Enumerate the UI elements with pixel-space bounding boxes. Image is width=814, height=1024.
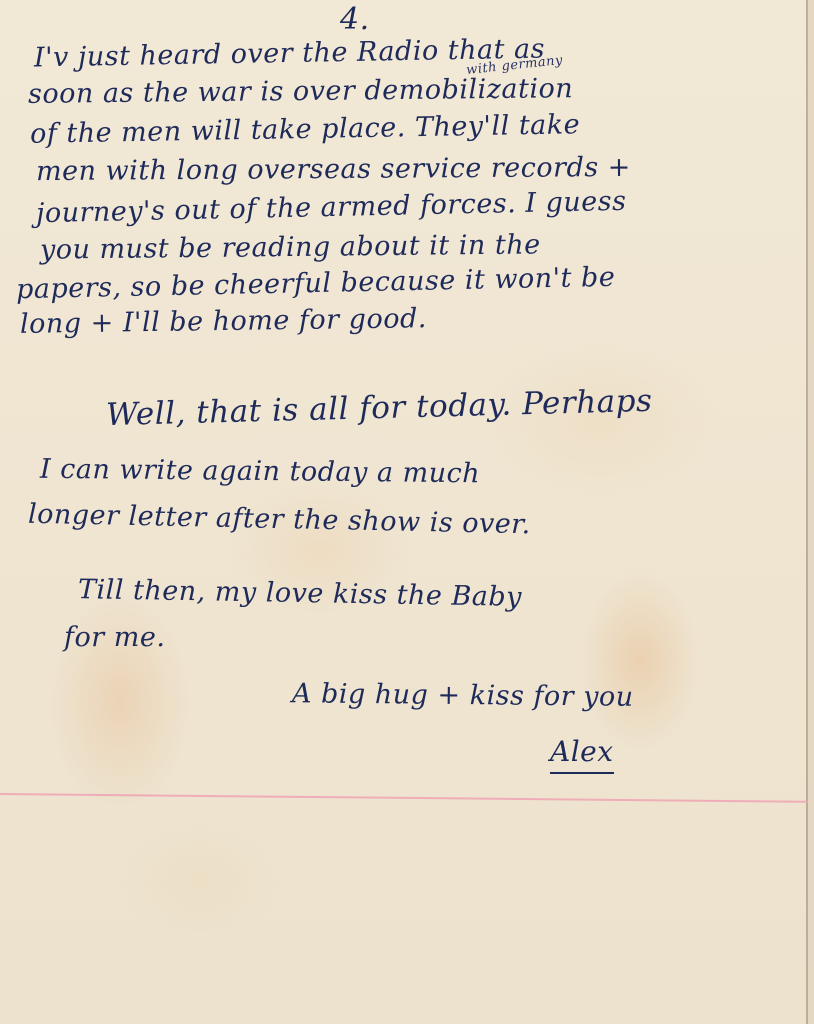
letter-line: you must be reading about it in the bbox=[40, 229, 541, 265]
letter-line: long + I'll be home for good. bbox=[20, 303, 427, 340]
paper-crease bbox=[806, 0, 808, 1024]
letter-line: of the men will take place. They'll take bbox=[30, 109, 581, 150]
letter-line: Well, that is all for today. Perhaps bbox=[106, 383, 653, 433]
paper-edge bbox=[808, 0, 814, 1024]
letter-line: Till then, my love kiss the Baby bbox=[78, 574, 522, 613]
signature: Alex bbox=[550, 735, 614, 774]
closing-line: A big hug + kiss for you bbox=[292, 678, 634, 713]
letter-line: journey's out of the armed forces. I gue… bbox=[36, 186, 627, 229]
letter-line: longer letter after the show is over. bbox=[28, 499, 531, 541]
letter-line: for me. bbox=[64, 622, 165, 653]
page-number: 4. bbox=[340, 2, 370, 37]
letter-line: soon as the war is over demobilization bbox=[28, 73, 573, 110]
letter-page: 4. I'v just heard over the Radio that as… bbox=[0, 0, 814, 1024]
letter-line: I can write again today a much bbox=[40, 454, 480, 490]
letter-line: men with long overseas service records + bbox=[36, 152, 631, 187]
ruled-margin-line bbox=[0, 793, 808, 803]
letter-line: papers, so be cheerful because it won't … bbox=[16, 262, 616, 306]
